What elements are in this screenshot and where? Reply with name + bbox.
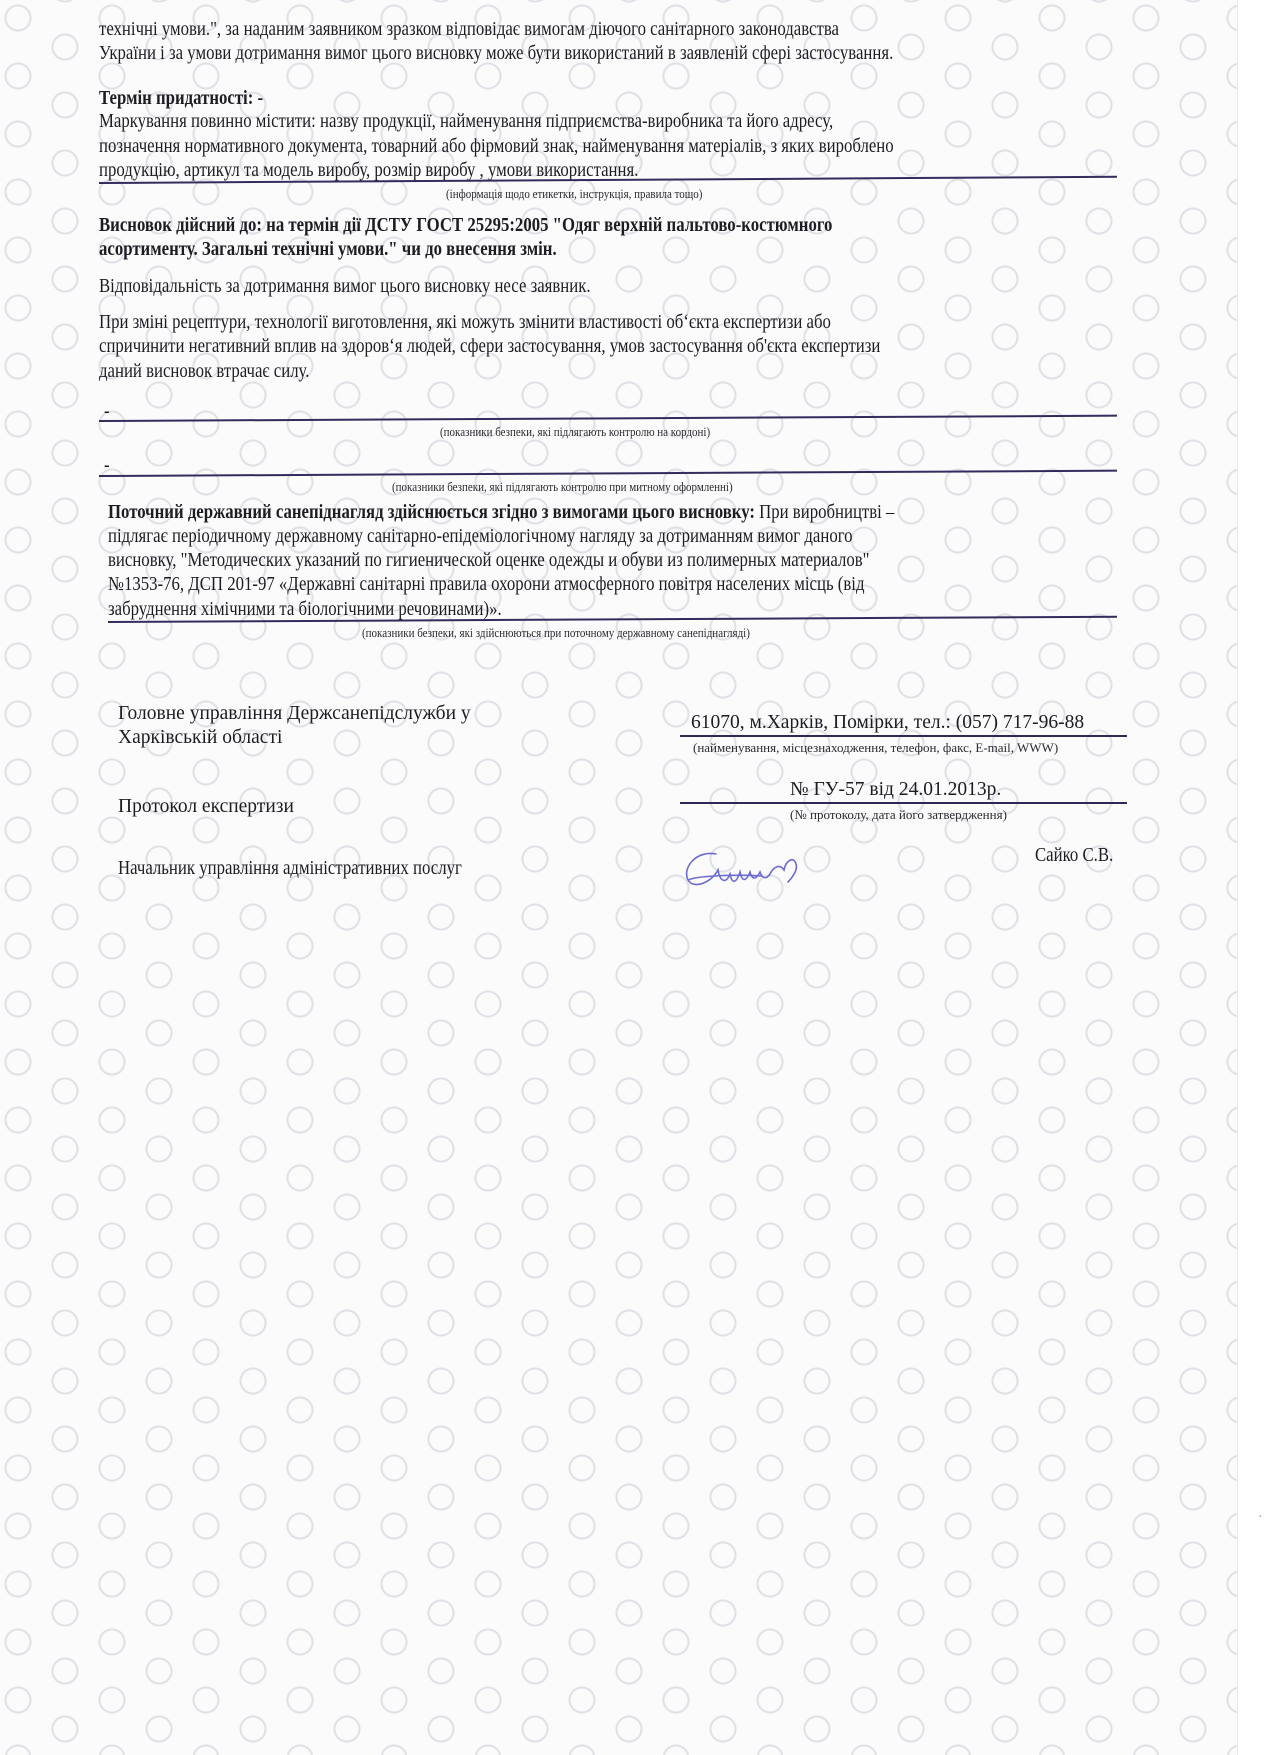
supervision-line-4: забруднення хімічними та біологічними ре… (108, 600, 502, 620)
intro-line-2: України і за умови дотримання вимог цьог… (99, 44, 893, 64)
changes-line-2: спричинити негативний вплив на здоров‘я … (99, 337, 880, 357)
signatory-position: Начальник управління адміністративних по… (118, 859, 462, 879)
customs-control-underline (99, 470, 1117, 477)
marking-line-3: продукцію, артикул та модель виробу, роз… (99, 161, 638, 181)
protocol-underline (680, 802, 1127, 804)
customs-control-hint: (показники безпеки, які підлягають контр… (392, 480, 733, 495)
scan-mark: · (1258, 1510, 1263, 1526)
protocol-hint: (№ протоколу, дата його затвердження) (790, 807, 1007, 823)
marking-line-2: позначення нормативного документа, товар… (99, 137, 894, 157)
authority-name-line-2: Харківській області (118, 728, 282, 748)
border-control-value: - (104, 402, 110, 422)
document-page: технічні умови.", за наданим заявником з… (0, 0, 1238, 1755)
intro-line-1: технічні умови.", за наданим заявником з… (99, 20, 839, 40)
protocol-label: Протокол експертизи (118, 797, 294, 817)
supervision-line-3: №1353-76, ДСП 201-97 «Державні санітарні… (108, 575, 865, 595)
supervision-line-2: висновку, "Методических указаний по гиги… (108, 551, 869, 571)
marking-hint: (інформація щодо етикетки, інструкція, п… (446, 187, 702, 202)
supervision-line-0: Поточний державний санепіднагляд здійсню… (108, 503, 894, 523)
responsibility-text: Відповідальність за дотримання вимог цьо… (99, 277, 591, 297)
validity-line-2: асортименту. Загальні технічні умови." ч… (99, 240, 557, 260)
signature-icon (676, 846, 836, 894)
authority-name-line-1: Головне управління Держсанепідслужби у (118, 704, 471, 724)
authority-address: 61070, м.Харків, Помірки, тел.: (057) 71… (691, 713, 1084, 733)
supervision-hint: (показники безпеки, які здійснюються при… (362, 626, 750, 641)
customs-control-value: - (104, 456, 110, 476)
supervision-label: Поточний державний санепіднагляд здійсню… (108, 502, 755, 523)
supervision-line-1: підлягає періодичному державному санітар… (108, 527, 853, 547)
changes-line-3: даний висновок втрачає силу. (99, 362, 309, 382)
border-control-underline (99, 415, 1117, 422)
border-control-hint: (показники безпеки, які підлягають контр… (440, 425, 710, 440)
protocol-value: № ГУ-57 від 24.01.2013р. (790, 780, 1001, 800)
address-underline (680, 735, 1127, 737)
changes-line-1: При зміні рецептури, технології виготовл… (99, 313, 831, 333)
signatory-name: Сайко С.В. (1035, 846, 1113, 866)
shelf-life-label: Термін придатності: - (99, 89, 263, 109)
paper-edge (1237, 0, 1238, 1755)
address-hint: (найменування, місцезнаходження, телефон… (693, 740, 1058, 756)
supervision-text-start: При виробництві – (755, 502, 894, 523)
marking-line-1: Маркування повинно містити: назву продук… (99, 112, 833, 132)
validity-line-1: Висновок дійсний до: на термін дії ДСТУ … (99, 216, 832, 236)
